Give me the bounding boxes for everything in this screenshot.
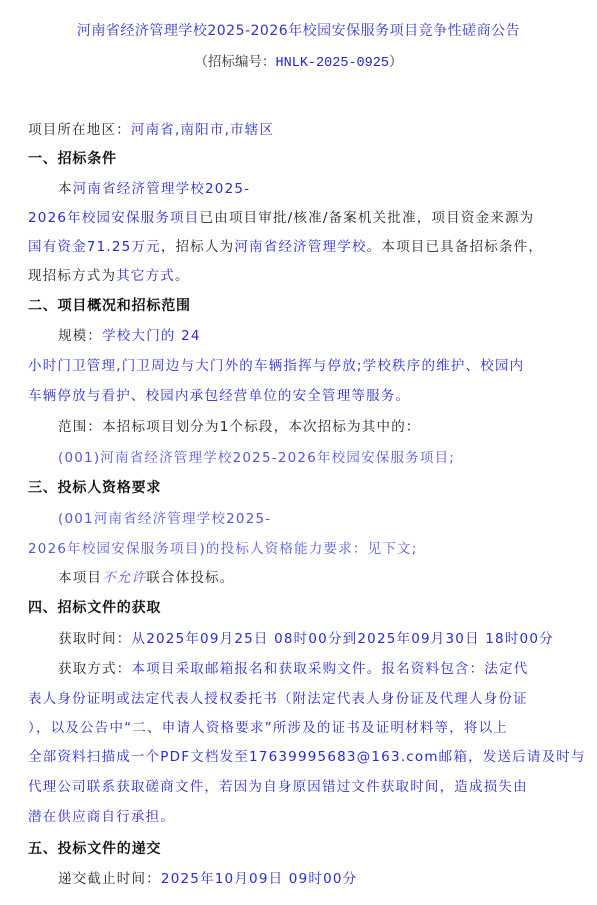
joint-bid-value: 不允许 — [102, 570, 146, 586]
submission-deadline: 递交截止时间：2025年10月09日 09时00分 — [58, 870, 357, 888]
school-name: 河南省经济管理学校2025- — [73, 181, 251, 197]
section-5-heading: 五、投标文件的递交 — [28, 840, 161, 858]
section-1-line-4: 现招标方式为其它方式。 — [28, 267, 190, 285]
text: 。本项目已具备招标条件， — [367, 239, 543, 255]
text: ，招标人为 — [161, 239, 235, 255]
tender-method: 其它方式 — [116, 268, 175, 284]
text: 联合体投标。 — [146, 570, 234, 586]
acquisition-method-line-4: 全部资料扫描成一个PDF文档发至17639995683@163.com邮箱，发送… — [28, 748, 586, 766]
project-name: 2026年校园安保服务项目 — [28, 210, 199, 226]
text: 已由项目审批/核准/备案机关批准，项目资金来源为 — [199, 210, 534, 226]
document-title: 河南省经济管理学校2025-2026年校园安保服务项目竞争性磋商公告 — [0, 20, 597, 40]
scale-line-1: 规模：学校大门的 24 — [58, 327, 201, 345]
acquisition-method-line-5: 代理公司联系获取磋商文件，若因为自身原因错过文件获取时间，造成损失由 — [28, 778, 528, 796]
acquisition-time: 获取时间：从2025年09月25日 08时00分到2025年09月30日 18时… — [58, 630, 554, 648]
acquisition-method-line-6: 潜在供应商自行承担。 — [28, 808, 175, 826]
region-value: 河南省,南阳市,市辖区 — [131, 122, 274, 138]
acquisition-method-line-3: ），以及公告中“二、申请人资格要求”所涉及的证书及证明材料等，将以上 — [28, 719, 508, 737]
funding-value: 国有资金71.25万元 — [28, 239, 161, 255]
tenderer-name: 河南省经济管理学校 — [234, 239, 366, 255]
qualification-line-2: 2026年校园安保服务项目)的投标人资格能力要求：见下文; — [28, 540, 417, 558]
region-label: 项目所在地区： — [28, 122, 131, 138]
tender-number-close: ） — [389, 54, 403, 70]
scale-line-3: 车辆停放与看护、校园内承包经营单位的安全管理等服务。 — [28, 387, 410, 405]
text: 本项目 — [58, 570, 102, 586]
tender-number-code: HNLK-2025-0925 — [276, 56, 389, 71]
project-region: 项目所在地区：河南省,南阳市,市辖区 — [28, 121, 274, 139]
text: 。 — [175, 268, 190, 284]
acquisition-method-line-2: 表人身份证明或法定代表人授权委托书（附法定代表人身份证及代理人身份证 — [28, 690, 528, 708]
scale-line-2: 小时门卫管理,门卫周边与大门外的车辆指挥与停放;学校秩序的维护、校园内 — [28, 357, 524, 375]
deadline-value: 2025年10月09日 09时00分 — [161, 871, 357, 887]
tender-number-label: （招标编号： — [195, 54, 276, 70]
scale-label: 规模： — [58, 328, 102, 344]
joint-bid-line: 本项目不允许联合体投标。 — [58, 569, 234, 587]
tender-number: （招标编号：HNLK-2025-0925） — [0, 50, 597, 71]
time-label: 获取时间： — [58, 631, 132, 647]
section-3-heading: 三、投标人资格要求 — [28, 479, 161, 497]
method-value: 本项目采取邮箱报名和获取采购文件。报名资料包含：法定代 — [132, 661, 529, 677]
section-1-heading: 一、招标条件 — [28, 150, 117, 168]
section-4-heading: 四、招标文件的获取 — [28, 599, 161, 617]
section-1-line-2: 2026年校园安保服务项目已由项目审批/核准/备案机关批准，项目资金来源为 — [28, 209, 534, 227]
section-1-line-1: 本河南省经济管理学校2025- — [58, 180, 250, 198]
scope-line: 范围：本招标项目划分为1个标段，本次招标为其中的： — [58, 418, 421, 436]
section-2-heading: 二、项目概况和招标范围 — [28, 297, 191, 315]
acquisition-method-line-1: 获取方式：本项目采取邮箱报名和获取采购文件。报名资料包含：法定代 — [58, 660, 528, 678]
qualification-line-1: (001河南省经济管理学校2025- — [58, 510, 271, 528]
text: 本 — [58, 181, 73, 197]
time-value: 从2025年09月25日 08时00分到2025年09月30日 18时00分 — [132, 631, 554, 647]
deadline-label: 递交截止时间： — [58, 871, 161, 887]
lot-item: (001)河南省经济管理学校2025-2026年校园安保服务项目; — [58, 449, 455, 467]
section-1-line-3: 国有资金71.25万元，招标人为河南省经济管理学校。本项目已具备招标条件， — [28, 238, 543, 256]
method-label: 获取方式： — [58, 661, 132, 677]
text: 现招标方式为 — [28, 268, 116, 284]
scale-value: 学校大门的 24 — [102, 328, 201, 344]
